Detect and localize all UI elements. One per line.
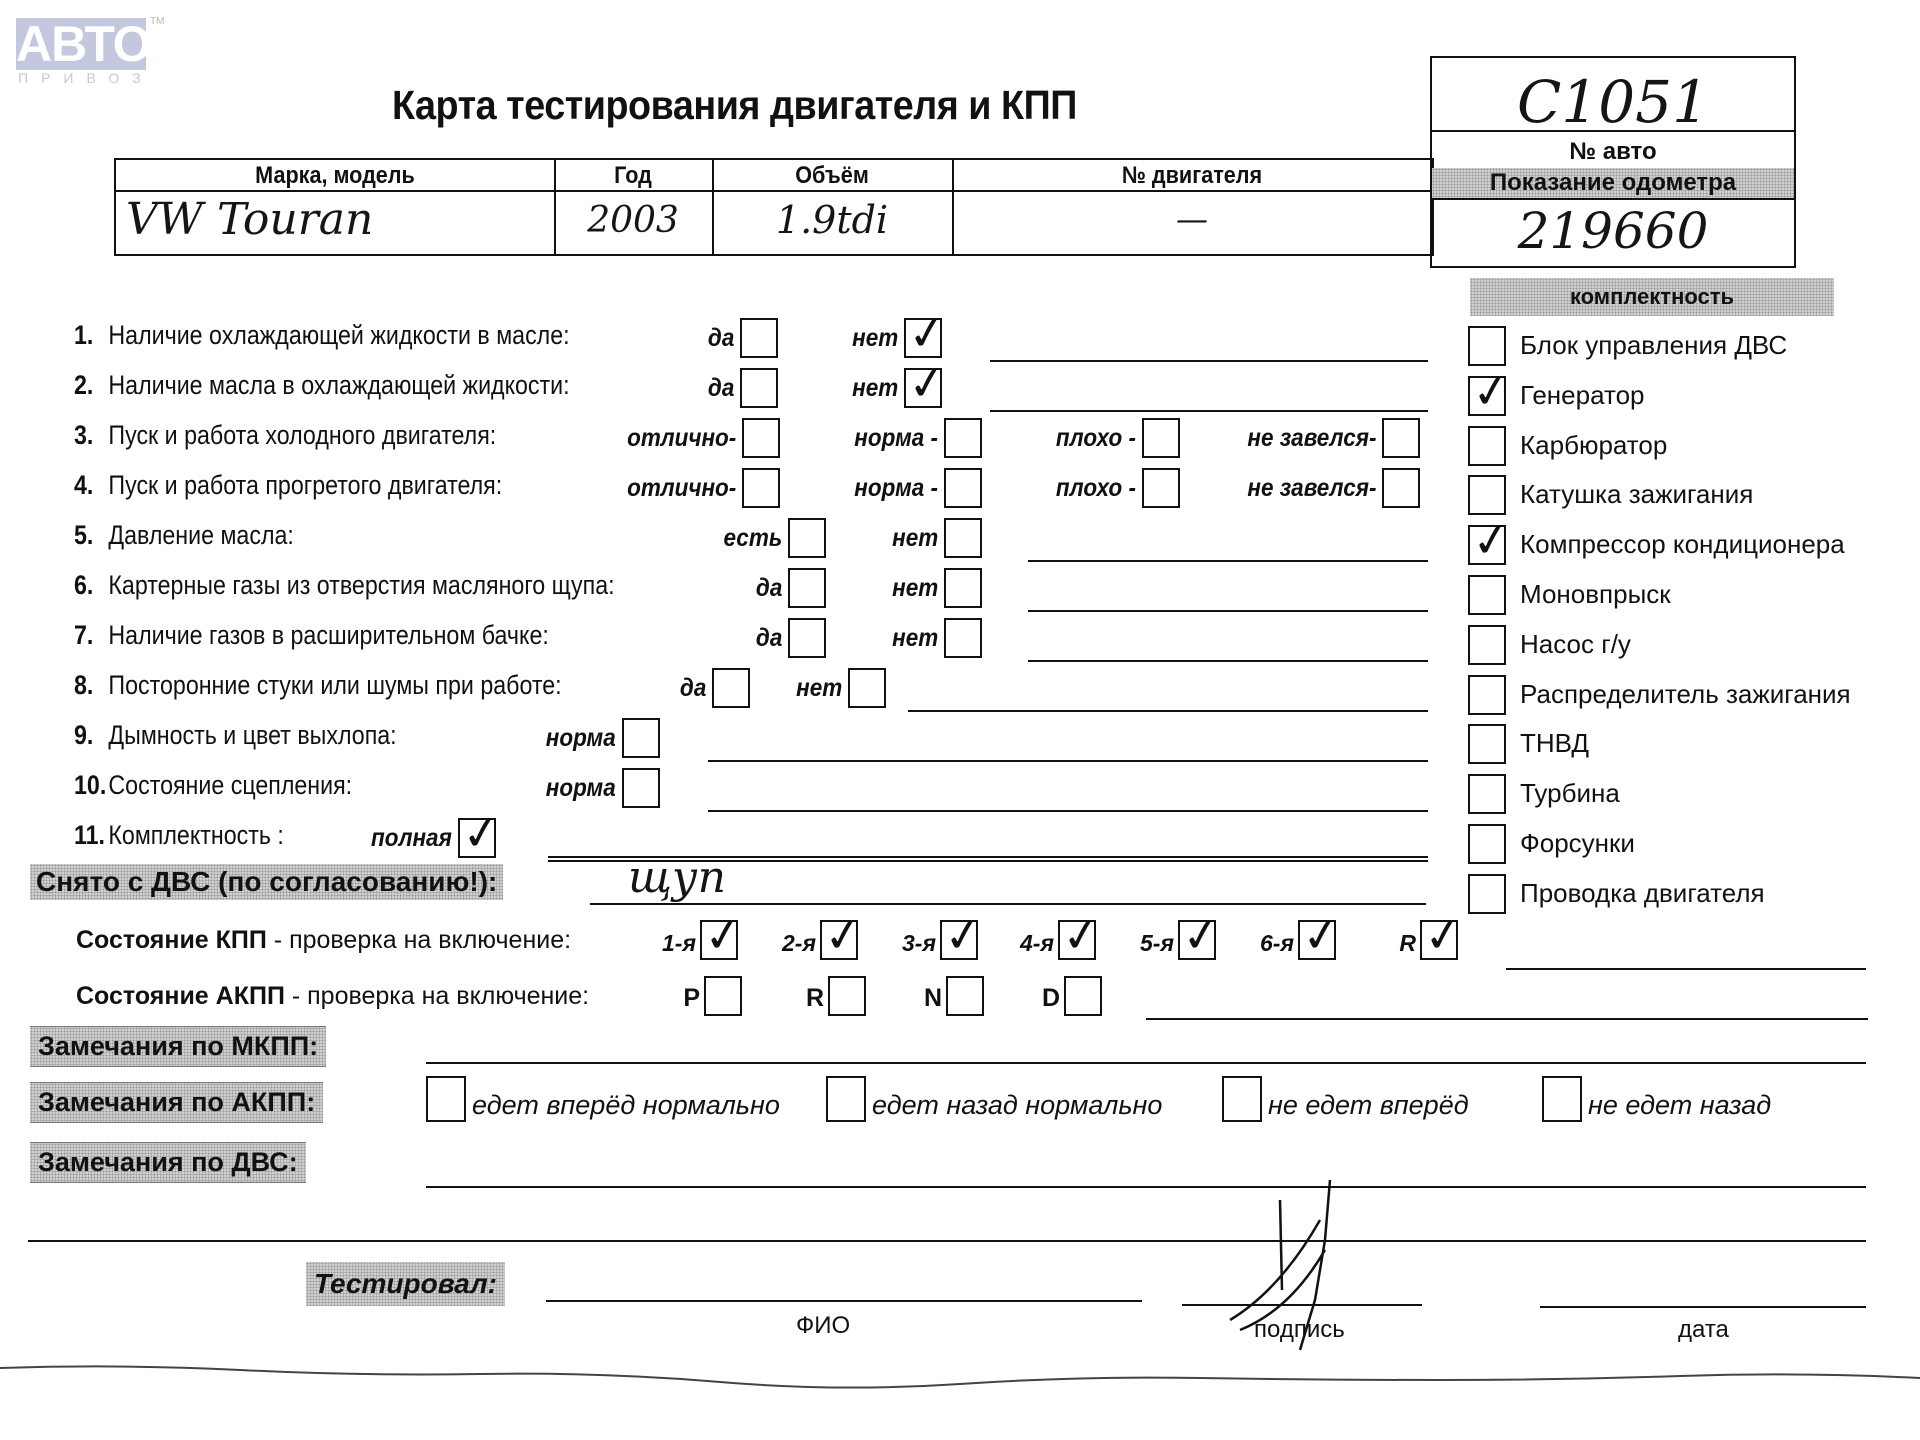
akpp-remark-label: едет назад нормально xyxy=(872,1090,1162,1121)
check-mark-icon: ✓ xyxy=(941,910,986,961)
option-label: полная xyxy=(371,824,452,853)
logo-trademark: TM xyxy=(150,16,164,27)
option-label: нет xyxy=(796,674,842,703)
question-number: 10. xyxy=(74,770,108,801)
check-mark-icon: ✓ xyxy=(905,358,950,409)
option-label: не завелся- xyxy=(1247,474,1376,503)
gear-checkbox[interactable]: ✓ xyxy=(700,920,738,960)
completeness-item-label: Форсунки xyxy=(1520,828,1635,859)
question-number: 6. xyxy=(74,570,108,601)
option-checkbox[interactable] xyxy=(622,768,660,808)
option-label: не завелся- xyxy=(1247,424,1376,453)
gear-label: 3-я xyxy=(902,930,936,957)
check-mark-icon: ✓ xyxy=(1469,365,1514,416)
question-number: 7. xyxy=(74,620,108,651)
option-label: нет xyxy=(852,374,898,403)
option-label: есть xyxy=(723,524,782,553)
year-value[interactable]: 2003 xyxy=(554,200,712,241)
completeness-item-label: Проводка двигателя xyxy=(1520,878,1765,909)
question-row: 10.Состояние сцепления: xyxy=(74,770,352,801)
option-label: да xyxy=(708,374,734,403)
column-header-engine-no: № двигателя xyxy=(976,162,1408,190)
check-mark-icon: ✓ xyxy=(1179,910,1224,961)
engine-no-value[interactable]: — xyxy=(952,200,1432,238)
question-row: 7.Наличие газов в расширительном бачке: xyxy=(74,620,549,651)
signature-scribble xyxy=(1220,1180,1360,1360)
question-row: 4.Пуск и работа прогретого двигателя: xyxy=(74,470,502,501)
option-label: нет xyxy=(892,524,938,553)
gear-checkbox[interactable]: ✓ xyxy=(1178,920,1216,960)
option-label: норма - xyxy=(854,424,938,453)
page-title: Карта тестирования двигателя и КПП xyxy=(392,82,1077,129)
question-text: Пуск и работа прогретого двигателя: xyxy=(108,470,502,500)
tested-by-label: Тестировал: xyxy=(306,1262,505,1306)
comment-line[interactable] xyxy=(1028,660,1428,662)
option-checkbox[interactable] xyxy=(848,668,886,708)
completeness-header: комплектность xyxy=(1470,278,1834,316)
question-row: 5.Давление масла: xyxy=(74,520,294,551)
question-text: Состояние сцепления: xyxy=(108,770,352,800)
remarks-mkpp-line[interactable] xyxy=(426,1062,1866,1064)
question-row: 11.Комплектность : xyxy=(74,820,284,851)
question-row: 9.Дымность и цвет выхлопа: xyxy=(74,720,397,751)
check-mark-icon: ✓ xyxy=(905,308,950,359)
remarks-dvs-line[interactable] xyxy=(426,1186,1866,1188)
completeness-item-label: Распределитель зажигания xyxy=(1520,679,1851,710)
volume-value[interactable]: 1.9tdi xyxy=(712,198,952,242)
completeness-checkbox[interactable] xyxy=(1468,326,1506,366)
question-text: Картерные газы из отверстия масляного щу… xyxy=(108,570,614,600)
model-value[interactable]: VW Touran xyxy=(126,194,426,245)
odometer-label: Показание одометра xyxy=(1432,168,1794,198)
option-checkbox[interactable] xyxy=(788,518,826,558)
option-label: нет xyxy=(892,624,938,653)
gear-checkbox[interactable]: ✓ xyxy=(1298,920,1336,960)
completeness-checkbox[interactable]: ✓ xyxy=(1468,376,1506,416)
auto-number-label: № авто xyxy=(1432,138,1794,166)
option-checkbox[interactable]: ✓ xyxy=(458,818,496,858)
question-text: Пуск и работа холодного двигателя: xyxy=(108,420,496,450)
completeness-item-label: Насос г/у xyxy=(1520,629,1631,660)
completeness-checkbox[interactable] xyxy=(1468,724,1506,764)
akpp-remark-checkbox[interactable] xyxy=(426,1076,466,1122)
removed-from-engine-value[interactable]: щуп xyxy=(628,852,726,903)
question-row: 3.Пуск и работа холодного двигателя: xyxy=(74,420,496,451)
comment-line[interactable] xyxy=(908,710,1428,712)
akpp-remark-label: едет вперёд нормально xyxy=(472,1090,780,1121)
gear-label: 6-я xyxy=(1260,930,1294,957)
comment-line[interactable] xyxy=(990,360,1428,362)
option-checkbox[interactable] xyxy=(1142,418,1180,458)
question-number: 3. xyxy=(74,420,108,451)
completeness-checkbox[interactable] xyxy=(1468,625,1506,665)
completeness-checkbox[interactable]: ✓ xyxy=(1468,525,1506,565)
kpp-label-bold: Состояние КПП xyxy=(76,926,267,954)
gear-checkbox[interactable]: ✓ xyxy=(940,920,978,960)
completeness-item-label: Генератор xyxy=(1520,380,1645,411)
question-number: 1. xyxy=(74,320,108,351)
question-text: Дымность и цвет выхлопа: xyxy=(108,720,396,750)
question-number: 9. xyxy=(74,720,108,751)
question-number: 5. xyxy=(74,520,108,551)
option-label: да xyxy=(756,574,782,603)
option-checkbox[interactable] xyxy=(1382,418,1420,458)
option-checkbox[interactable] xyxy=(622,718,660,758)
check-mark-icon: ✓ xyxy=(1469,515,1514,566)
akpp-remark-label: не едет назад xyxy=(1588,1090,1771,1121)
completeness-checkbox[interactable] xyxy=(1468,575,1506,615)
akpp-position-checkbox[interactable] xyxy=(946,976,984,1016)
completeness-checkbox[interactable] xyxy=(1468,874,1506,914)
check-mark-icon: ✓ xyxy=(1059,910,1104,961)
odometer-value[interactable]: 219660 xyxy=(1432,202,1794,260)
option-label: да xyxy=(708,324,734,353)
akpp-position-label: D xyxy=(1042,984,1060,1013)
gear-label: R xyxy=(1399,930,1416,957)
completeness-checkbox[interactable] xyxy=(1468,675,1506,715)
vehicle-info-table: Марка, модель Год Объём № двигателя VW T… xyxy=(114,158,1434,256)
akpp-position-checkbox[interactable] xyxy=(1064,976,1102,1016)
option-checkbox[interactable]: ✓ xyxy=(904,368,942,408)
option-label: нет xyxy=(892,574,938,603)
question-row: 2.Наличие масла в охлаждающей жидкости: xyxy=(74,370,570,401)
completeness-checkbox[interactable] xyxy=(1468,824,1506,864)
comment-line[interactable] xyxy=(1028,610,1428,612)
option-checkbox[interactable] xyxy=(944,568,982,608)
option-label: отлично- xyxy=(627,474,736,503)
auto-info-box: C1051 № авто Показание одометра 219660 xyxy=(1430,56,1796,268)
question-row: 6.Картерные газы из отверстия масляного … xyxy=(74,570,615,601)
remarks-mkpp-label: Замечания по МКПП: xyxy=(30,1026,326,1067)
gear-label: 4-я xyxy=(1020,930,1054,957)
question-text: Наличие газов в расширительном бачке: xyxy=(108,620,548,650)
comment-line[interactable] xyxy=(990,410,1428,412)
akpp-position-checkbox[interactable] xyxy=(828,976,866,1016)
completeness-item-label: ТНВД xyxy=(1520,728,1589,759)
question-text: Наличие охлаждающей жидкости в масле: xyxy=(108,320,569,350)
option-label: норма xyxy=(546,724,616,753)
option-checkbox[interactable] xyxy=(944,618,982,658)
akpp-position-label: P xyxy=(683,984,700,1013)
akpp-line xyxy=(1146,1018,1868,1020)
option-checkbox[interactable] xyxy=(740,318,778,358)
remarks-akpp-label: Замечания по АКПП: xyxy=(30,1082,323,1123)
completeness-item-label: Блок управления ДВС xyxy=(1520,330,1787,361)
question-number: 4. xyxy=(74,470,108,501)
option-checkbox[interactable] xyxy=(944,418,982,458)
remarks-dvs-label: Замечания по ДВС: xyxy=(30,1142,306,1183)
completeness-item-label: Карбюратор xyxy=(1520,430,1667,461)
completeness-checkbox[interactable] xyxy=(1468,475,1506,515)
logo: АВТО xyxy=(16,18,146,70)
auto-number-value[interactable]: C1051 xyxy=(1432,68,1794,136)
question-text: Давление масла: xyxy=(108,520,293,550)
option-checkbox[interactable] xyxy=(742,418,780,458)
option-label: да xyxy=(680,674,706,703)
completeness-item-label: Компрессор кондиционера xyxy=(1520,529,1845,560)
completeness-item-label: Моновпрыск xyxy=(1520,579,1671,610)
option-checkbox[interactable] xyxy=(944,518,982,558)
date-line[interactable] xyxy=(1540,1306,1866,1308)
option-label: нет xyxy=(852,324,898,353)
option-checkbox[interactable] xyxy=(712,668,750,708)
akpp-remark-checkbox[interactable] xyxy=(1222,1076,1262,1122)
check-mark-icon: ✓ xyxy=(1421,910,1466,961)
gear-checkbox[interactable]: ✓ xyxy=(1058,920,1096,960)
option-label: да xyxy=(756,624,782,653)
gear-label: 2-я xyxy=(782,930,816,957)
logo-subtitle: ПРИВОЗ xyxy=(18,70,148,86)
torn-paper-edge xyxy=(0,1360,1920,1390)
completeness-checkbox[interactable] xyxy=(1468,426,1506,466)
comment-line[interactable] xyxy=(708,810,1428,812)
question-number: 8. xyxy=(74,670,108,701)
option-checkbox[interactable] xyxy=(788,568,826,608)
akpp-remark-checkbox[interactable] xyxy=(826,1076,866,1122)
kpp-label: Состояние КПП - проверка на включение: xyxy=(76,926,571,955)
check-mark-icon: ✓ xyxy=(1299,910,1344,961)
check-mark-icon: ✓ xyxy=(821,910,866,961)
comment-line[interactable] xyxy=(1028,560,1428,562)
option-checkbox[interactable] xyxy=(742,468,780,508)
removed-from-engine-label: Снято с ДВС (по согласованию!): xyxy=(30,864,503,900)
akpp-remark-label: не едет вперёд xyxy=(1268,1090,1469,1121)
question-text: Наличие масла в охлаждающей жидкости: xyxy=(108,370,569,400)
check-mark-icon: ✓ xyxy=(459,808,504,859)
fio-label: ФИО xyxy=(796,1312,850,1340)
option-checkbox[interactable] xyxy=(788,618,826,658)
remarks-extra-line[interactable] xyxy=(28,1240,1866,1242)
option-checkbox[interactable] xyxy=(740,368,778,408)
akpp-position-label: R xyxy=(806,984,824,1013)
completeness-item-label: Турбина xyxy=(1520,778,1620,809)
removed-line xyxy=(590,903,1426,905)
gear-label: 1-я xyxy=(662,930,696,957)
column-header-model: Марка, модель xyxy=(138,162,532,190)
akpp-label-bold: Состояние АКПП xyxy=(76,982,285,1010)
akpp-remark-checkbox[interactable] xyxy=(1542,1076,1582,1122)
akpp-label: Состояние АКПП - проверка на включение: xyxy=(76,982,589,1011)
question-text: Посторонние стуки или шумы при работе: xyxy=(108,670,561,700)
akpp-position-checkbox[interactable] xyxy=(704,976,742,1016)
question-row: 8.Посторонние стуки или шумы при работе: xyxy=(74,670,562,701)
fio-line[interactable] xyxy=(546,1300,1142,1302)
date-label: дата xyxy=(1678,1316,1729,1344)
question-row: 1.Наличие охлаждающей жидкости в масле: xyxy=(74,320,570,351)
question-number: 11. xyxy=(74,820,108,851)
option-label: отлично- xyxy=(627,424,736,453)
column-header-volume: Объём xyxy=(724,162,940,190)
option-checkbox[interactable] xyxy=(1382,468,1420,508)
option-checkbox[interactable]: ✓ xyxy=(904,318,942,358)
column-header-year: Год xyxy=(562,162,704,190)
akpp-label-rest: - проверка на включение: xyxy=(285,982,589,1010)
completeness-item-label: Катушка зажигания xyxy=(1520,479,1753,510)
option-label: норма - xyxy=(854,474,938,503)
question-text: Комплектность : xyxy=(108,820,283,850)
option-checkbox[interactable] xyxy=(1142,468,1180,508)
option-label: норма xyxy=(546,774,616,803)
gear-checkbox[interactable]: ✓ xyxy=(1420,920,1458,960)
check-mark-icon: ✓ xyxy=(701,910,746,961)
gear-checkbox[interactable]: ✓ xyxy=(820,920,858,960)
completeness-checkbox[interactable] xyxy=(1468,774,1506,814)
question-number: 2. xyxy=(74,370,108,401)
option-label: плохо - xyxy=(1056,424,1136,453)
option-label: плохо - xyxy=(1056,474,1136,503)
option-checkbox[interactable] xyxy=(944,468,982,508)
akpp-position-label: N xyxy=(924,984,942,1013)
comment-line[interactable] xyxy=(708,760,1428,762)
kpp-label-rest: - проверка на включение: xyxy=(267,926,571,954)
gear-label: 5-я xyxy=(1140,930,1174,957)
kpp-line xyxy=(1506,968,1866,970)
